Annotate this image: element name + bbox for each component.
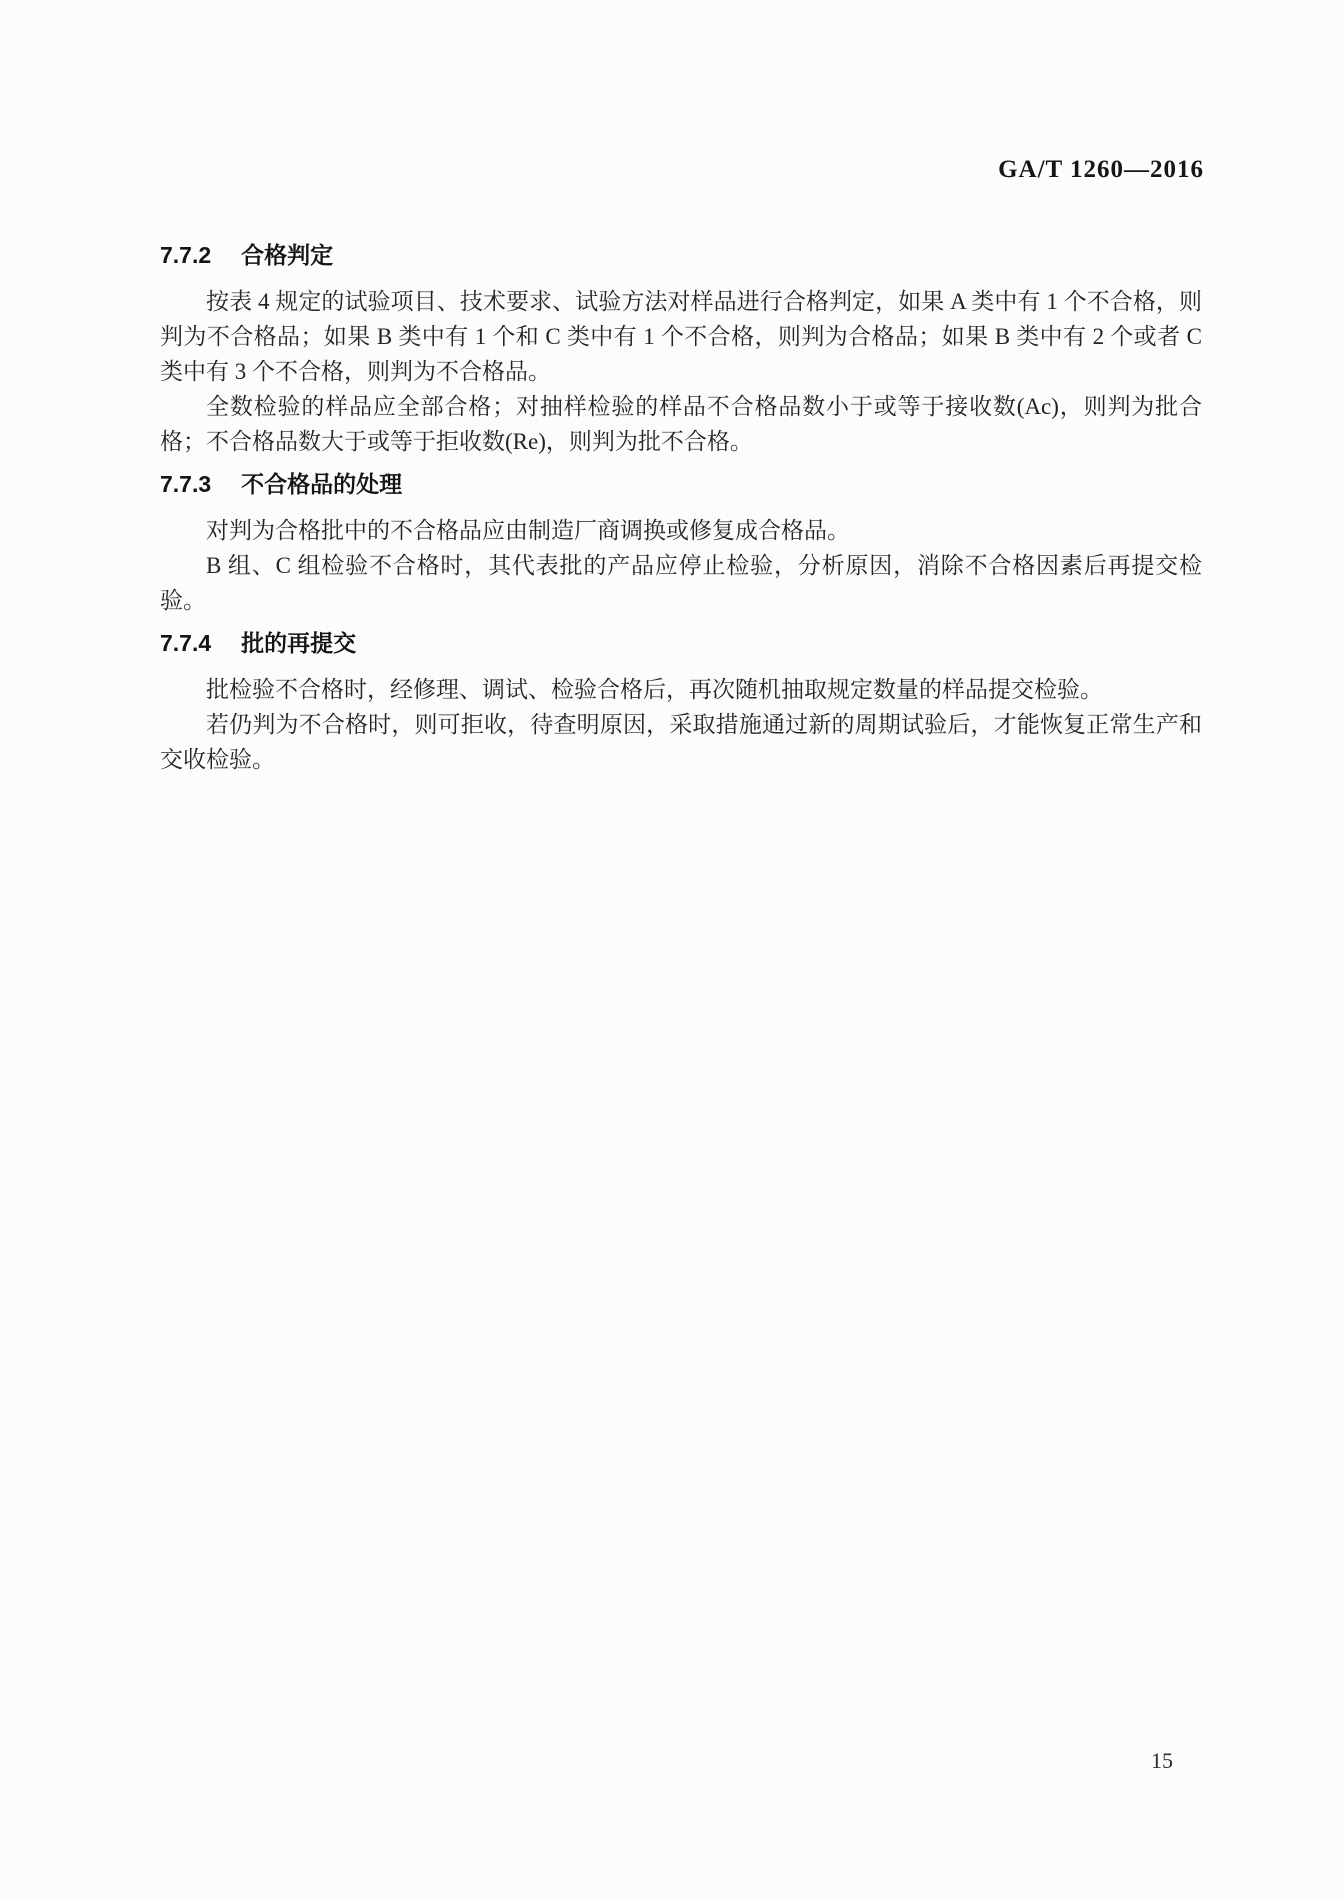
- section-number: 7.7.2: [160, 242, 211, 268]
- section-title: 不合格品的处理: [241, 471, 402, 497]
- section-title: 批的再提交: [241, 630, 356, 656]
- section-heading-7-7-2: 7.7.2合格判定: [160, 240, 1202, 270]
- paragraph: B 组、C 组检验不合格时，其代表批的产品应停止检验，分析原因，消除不合格因素后…: [160, 548, 1202, 618]
- page-number: 15: [1151, 1748, 1173, 1774]
- section-body-7-7-4: 批检验不合格时，经修理、调试、检验合格后，再次随机抽取规定数量的样品提交检验。 …: [160, 672, 1202, 777]
- section-heading-7-7-3: 7.7.3不合格品的处理: [160, 469, 1202, 499]
- paragraph: 对判为合格批中的不合格品应由制造厂商调换或修复成合格品。: [160, 513, 1202, 548]
- document-page: GA/T 1260—2016 7.7.2合格判定 按表 4 规定的试验项目、技术…: [0, 0, 1343, 1900]
- section-number: 7.7.3: [160, 471, 211, 497]
- section-body-7-7-3: 对判为合格批中的不合格品应由制造厂商调换或修复成合格品。 B 组、C 组检验不合…: [160, 513, 1202, 618]
- section-title: 合格判定: [241, 242, 333, 268]
- standard-code-header: GA/T 1260—2016: [160, 156, 1204, 184]
- section-number: 7.7.4: [160, 630, 211, 656]
- paragraph: 若仍判为不合格时，则可拒收，待查明原因，采取措施通过新的周期试验后，才能恢复正常…: [160, 707, 1202, 777]
- paragraph: 全数检验的样品应全部合格；对抽样检验的样品不合格品数小于或等于接收数(Ac)，则…: [160, 389, 1202, 459]
- section-body-7-7-2: 按表 4 规定的试验项目、技术要求、试验方法对样品进行合格判定，如果 A 类中有…: [160, 284, 1202, 459]
- document-body: 7.7.2合格判定 按表 4 规定的试验项目、技术要求、试验方法对样品进行合格判…: [160, 240, 1202, 787]
- paragraph: 批检验不合格时，经修理、调试、检验合格后，再次随机抽取规定数量的样品提交检验。: [160, 672, 1202, 707]
- section-heading-7-7-4: 7.7.4批的再提交: [160, 628, 1202, 658]
- paragraph: 按表 4 规定的试验项目、技术要求、试验方法对样品进行合格判定，如果 A 类中有…: [160, 284, 1202, 389]
